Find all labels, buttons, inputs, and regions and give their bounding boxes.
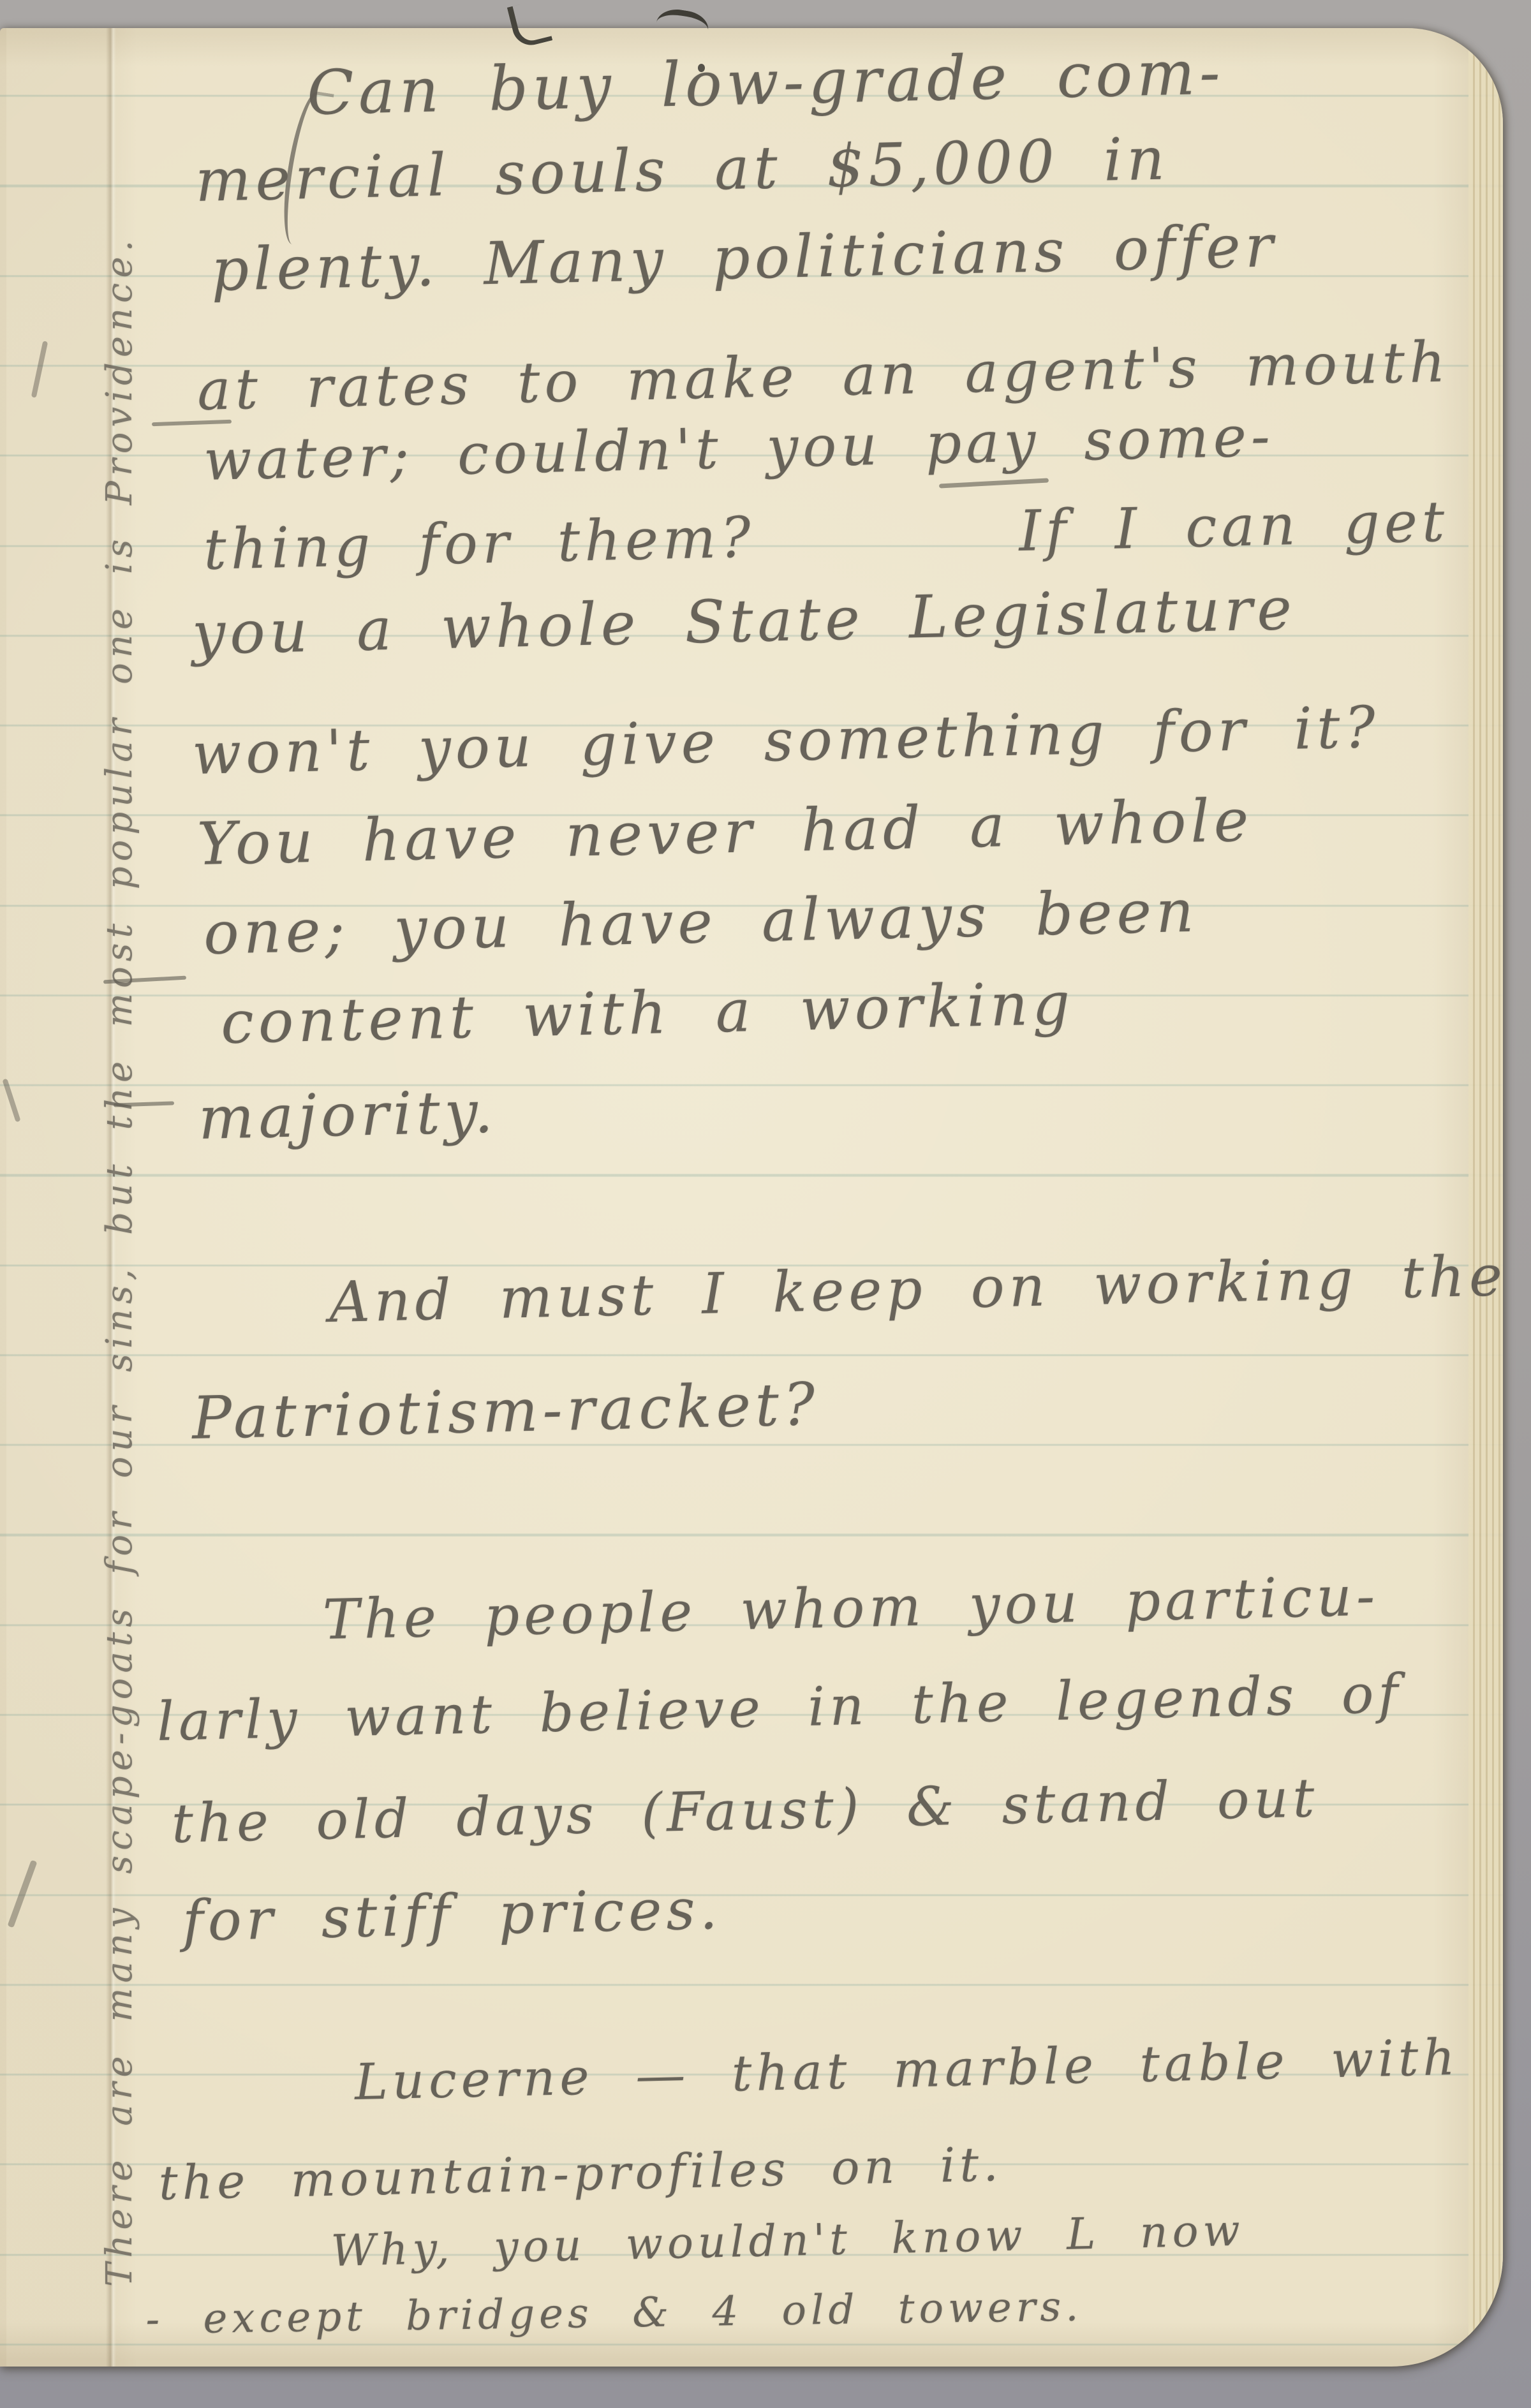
- ink-mark: [698, 64, 705, 72]
- manuscript-line: thing for them? If I can get: [203, 489, 1449, 582]
- manuscript-line: The people whom you particu-: [322, 1564, 1380, 1652]
- manuscript-line: mercial souls at $5,000 in: [195, 124, 1170, 215]
- manuscript-line: You have never had a whole: [196, 786, 1254, 878]
- manuscript-line: content with a working: [220, 970, 1075, 1057]
- manuscript-line: larly want believe in the legends of: [156, 1662, 1403, 1753]
- manuscript-line: the old days (Faust) & stand out: [171, 1766, 1319, 1855]
- manuscript-line: Lucerne — that marble table with: [354, 2029, 1460, 2111]
- manuscript-line: the mountain-profiles on it.: [158, 2137, 1003, 2211]
- manuscript-line: Why, you wouldn't know L now: [330, 2206, 1245, 2277]
- manuscript-line: And must I keep on working the: [329, 1243, 1503, 1335]
- pencil-stroke-underline-some: [939, 478, 1049, 489]
- manuscript-line: majority.: [198, 1077, 498, 1153]
- manuscript-line: - except bridges & 4 old towers.: [145, 2283, 1083, 2344]
- manuscript-line: you a whole State Legislature: [191, 575, 1297, 668]
- pencil-tick: [7, 1860, 37, 1928]
- page-edge-stack: [1468, 28, 1503, 2367]
- manuscript-line: for stiff prices.: [182, 1876, 723, 1954]
- notebook-page: There are many scape-goats for our sins,…: [0, 28, 1503, 2367]
- margin-note: There are many scape-goats for our sins,…: [99, 86, 150, 2287]
- manuscript-line: won't you give something for it?: [191, 694, 1380, 788]
- manuscript-line: plenty. Many politicians offer: [211, 212, 1278, 304]
- pencil-tick: [31, 341, 48, 398]
- manuscript-line: Can buy low-grade com-: [306, 36, 1225, 129]
- manuscript-line: one; you have always been: [203, 877, 1199, 968]
- photo-background: There are many scape-goats for our sins,…: [0, 0, 1531, 2408]
- manuscript-line: Patriotism-racket?: [191, 1370, 820, 1452]
- pencil-stroke: [152, 420, 232, 426]
- pencil-tick: [2, 1078, 20, 1122]
